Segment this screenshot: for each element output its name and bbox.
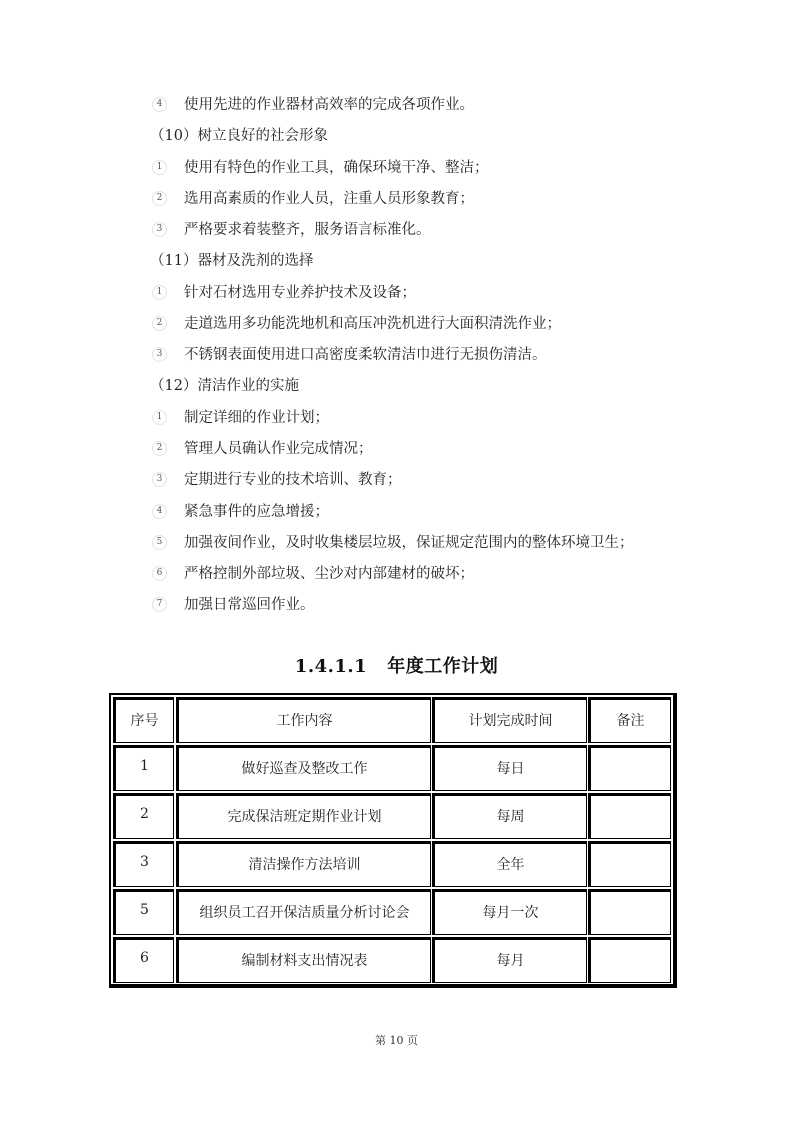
page-number: 10 <box>390 1034 404 1047</box>
section-heading: （10）树立良好的社会形象 <box>150 121 328 152</box>
circled-number-marker: 5 <box>152 535 167 550</box>
section-title-text: 年度工作计划 <box>387 656 498 677</box>
list-item: 4使用先进的作业器材高效率的完成各项作业。 <box>152 90 474 121</box>
section-number: 1.4.1.1 <box>295 656 367 677</box>
table-cell-time: 每日 <box>432 745 587 791</box>
list-item-text: 制定详细的作业计划； <box>184 410 329 426</box>
list-item: 1使用有特色的作业工具，确保环境干净、整洁； <box>152 153 489 184</box>
list-item: 4紧急事件的应急增援； <box>152 497 329 528</box>
list-item-text: 针对石材选用专业养护技术及设备； <box>184 285 416 301</box>
list-item: 3严格要求着装整齐，服务语言标准化。 <box>152 215 431 246</box>
list-item-text: 选用高素质的作业人员，注重人员形象教育； <box>184 191 474 207</box>
table-header-cell: 序号 <box>113 697 174 743</box>
circled-number-marker: 6 <box>152 566 167 581</box>
section-heading: （12）清洁作业的实施 <box>150 371 299 402</box>
table-cell-content: 做好巡查及整改工作 <box>176 745 431 791</box>
document-page: 4使用先进的作业器材高效率的完成各项作业。 （10）树立良好的社会形象 1使用有… <box>0 0 793 1122</box>
table-cell-content: 组织员工召开保洁质量分析讨论会 <box>176 889 431 935</box>
table-cell-remark <box>588 793 671 839</box>
circled-number-marker: 4 <box>152 97 167 112</box>
circled-number-marker: 3 <box>152 472 167 487</box>
table-cell-seq: 3 <box>113 841 174 887</box>
list-item: 3不锈钢表面使用进口高密度柔软清洁巾进行无损伤清洁。 <box>152 340 547 371</box>
table-cell-time: 全年 <box>432 841 587 887</box>
table-cell-seq: 2 <box>113 793 174 839</box>
table-cell-time: 每周 <box>432 793 587 839</box>
table-header-cell: 备注 <box>588 697 671 743</box>
table-cell-seq: 1 <box>113 745 174 791</box>
list-item-text: 不锈钢表面使用进口高密度柔软清洁巾进行无损伤清洁。 <box>184 347 547 363</box>
table-header-cell: 工作内容 <box>176 697 431 743</box>
list-item: 3定期进行专业的技术培训、教育； <box>152 465 402 496</box>
list-item-text: 管理人员确认作业完成情况； <box>184 441 373 457</box>
table-cell-seq: 6 <box>113 937 174 983</box>
list-item: 5加强夜间作业，及时收集楼层垃圾，保证规定范围内的整体环境卫生； <box>152 528 634 559</box>
list-item-text: 使用有特色的作业工具，确保环境干净、整洁； <box>184 160 489 176</box>
circled-number-marker: 3 <box>152 222 167 237</box>
section-title: 1.4.1.1年度工作计划 <box>0 652 793 678</box>
list-item-text: 使用先进的作业器材高效率的完成各项作业。 <box>184 97 474 113</box>
page-label-suffix: 页 <box>407 1034 418 1047</box>
circled-number-marker: 1 <box>152 410 167 425</box>
list-item-text: 走道选用多功能洗地机和高压冲洗机进行大面积清洗作业； <box>184 316 561 332</box>
list-item: 1制定详细的作业计划； <box>152 403 329 434</box>
table-cell-content: 清洁操作方法培训 <box>176 841 431 887</box>
list-item: 2走道选用多功能洗地机和高压冲洗机进行大面积清洗作业； <box>152 309 561 340</box>
circled-number-marker: 2 <box>152 441 167 456</box>
circled-number-marker: 2 <box>152 316 167 331</box>
table-cell-time: 每月 <box>432 937 587 983</box>
list-item-text: 紧急事件的应急增援； <box>184 504 329 520</box>
circled-number-marker: 7 <box>152 597 167 612</box>
circled-number-marker: 1 <box>152 285 167 300</box>
table-cell-content: 编制材料支出情况表 <box>176 937 431 983</box>
list-item: 6严格控制外部垃圾、尘沙对内部建材的破坏； <box>152 559 474 590</box>
table-cell-seq: 5 <box>113 889 174 935</box>
annual-plan-table: 序号 工作内容 计划完成时间 备注 1 做好巡查及整改工作 每日 2 完成保洁班… <box>109 693 677 988</box>
table-cell-remark <box>588 841 671 887</box>
circled-number-marker: 2 <box>152 191 167 206</box>
list-item: 2选用高素质的作业人员，注重人员形象教育； <box>152 184 474 215</box>
list-item-text: 定期进行专业的技术培训、教育； <box>184 472 402 488</box>
section-heading: （11）器材及洗剂的选择 <box>150 246 313 277</box>
page-footer: 第 10 页 <box>0 1032 793 1048</box>
table-cell-remark <box>588 937 671 983</box>
circled-number-marker: 1 <box>152 160 167 175</box>
table-header-cell: 计划完成时间 <box>432 697 587 743</box>
circled-number-marker: 3 <box>152 347 167 362</box>
table-cell-time: 每月一次 <box>432 889 587 935</box>
table-cell-content: 完成保洁班定期作业计划 <box>176 793 431 839</box>
table-cell-remark <box>588 745 671 791</box>
circled-number-marker: 4 <box>152 504 167 519</box>
list-item-text: 严格控制外部垃圾、尘沙对内部建材的破坏； <box>184 566 474 582</box>
page-label-prefix: 第 <box>375 1034 386 1047</box>
list-item-text: 加强夜间作业，及时收集楼层垃圾，保证规定范围内的整体环境卫生； <box>184 535 634 551</box>
list-item: 2管理人员确认作业完成情况； <box>152 434 373 465</box>
table-cell-remark <box>588 889 671 935</box>
list-item: 7加强日常巡回作业。 <box>152 590 315 621</box>
list-item-text: 加强日常巡回作业。 <box>184 597 315 613</box>
list-item: 1针对石材选用专业养护技术及设备； <box>152 278 416 309</box>
list-item-text: 严格要求着装整齐，服务语言标准化。 <box>184 222 431 238</box>
